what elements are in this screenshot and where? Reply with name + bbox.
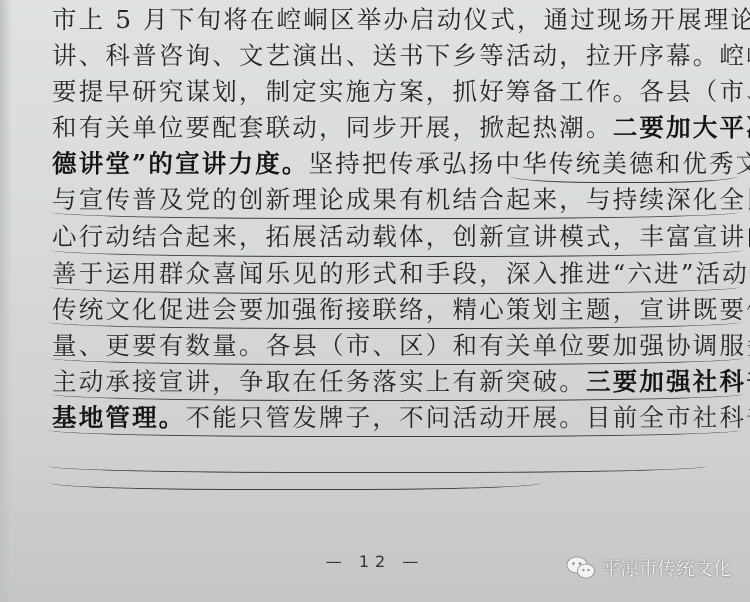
document-page: 市上 5 月下旬将在崆峒区举办启动仪式，通过现场开展理论宣讲、科普咨询、文艺演出… — [0, 0, 750, 602]
page-edge-shadow — [0, 0, 12, 602]
text-line: 和有关单位要配套联动，同步开展，掀起热潮。二要加大平凉“美 — [52, 110, 750, 146]
body-text: 坚持把传承弘扬中华传统美德和优秀文化 — [309, 149, 750, 178]
text-line: 市上 5 月下旬将在崆峒区举办启动仪式，通过现场开展理论宣 — [52, 2, 750, 38]
body-text: 和有关单位要配套联动，同步开展，掀起热潮。 — [52, 113, 613, 142]
body-text: 传统文化促进会要加强衔接联络，精心策划主题，宣讲既要保质 — [52, 295, 750, 324]
body-text: 不能只管发牌子，不问活动开展。目前全市社科普及 — [186, 403, 750, 432]
body-text: 心行动结合起来，拓展活动载体，创新宣讲模式，丰富宣讲内容， — [52, 222, 750, 251]
body-text: 要提早研究谋划，制定实施方案，抓好筹备工作。各县（市、区） — [52, 77, 750, 106]
watermark-text: 平凉市传统文化 — [602, 555, 732, 581]
body-text: 主动承接宣讲，争取在任务落实上有新突破。 — [52, 367, 586, 396]
text-line: 讲、科普咨询、文艺演出、送书下乡等活动，拉开序幕。崆峒区 — [52, 38, 750, 74]
text-line: 要提早研究谋划，制定实施方案，抓好筹备工作。各县（市、区） — [52, 74, 750, 110]
wechat-icon — [566, 556, 596, 580]
body-text: 讲、科普咨询、文艺演出、送书下乡等活动，拉开序幕。崆峒区 — [52, 41, 750, 70]
watermark: 平凉市传统文化 — [566, 555, 732, 581]
body-text: 量、更要有数量。各县（市、区）和有关单位要加强协调服务， — [52, 331, 750, 360]
bold-heading-text: 基地管理。 — [52, 403, 186, 432]
underline-mark — [48, 466, 708, 473]
underline-mark — [50, 483, 542, 490]
body-text: 善于运用群众喜闻乐见的形式和手段，深入推进“六进”活动。 — [52, 259, 750, 288]
bold-heading-text: 三要加强社科普及 — [586, 367, 750, 396]
bold-heading-text: 德讲堂”的宣讲力度。 — [52, 149, 309, 178]
body-text: 与宣传普及党的创新理论成果有机结合起来，与持续深化全民孝 — [52, 185, 750, 214]
body-text: 市上 5 月下旬将在崆峒区举办启动仪式，通过现场开展理论宣 — [52, 5, 750, 34]
bold-heading-text: 二要加大平凉“美 — [613, 113, 750, 142]
